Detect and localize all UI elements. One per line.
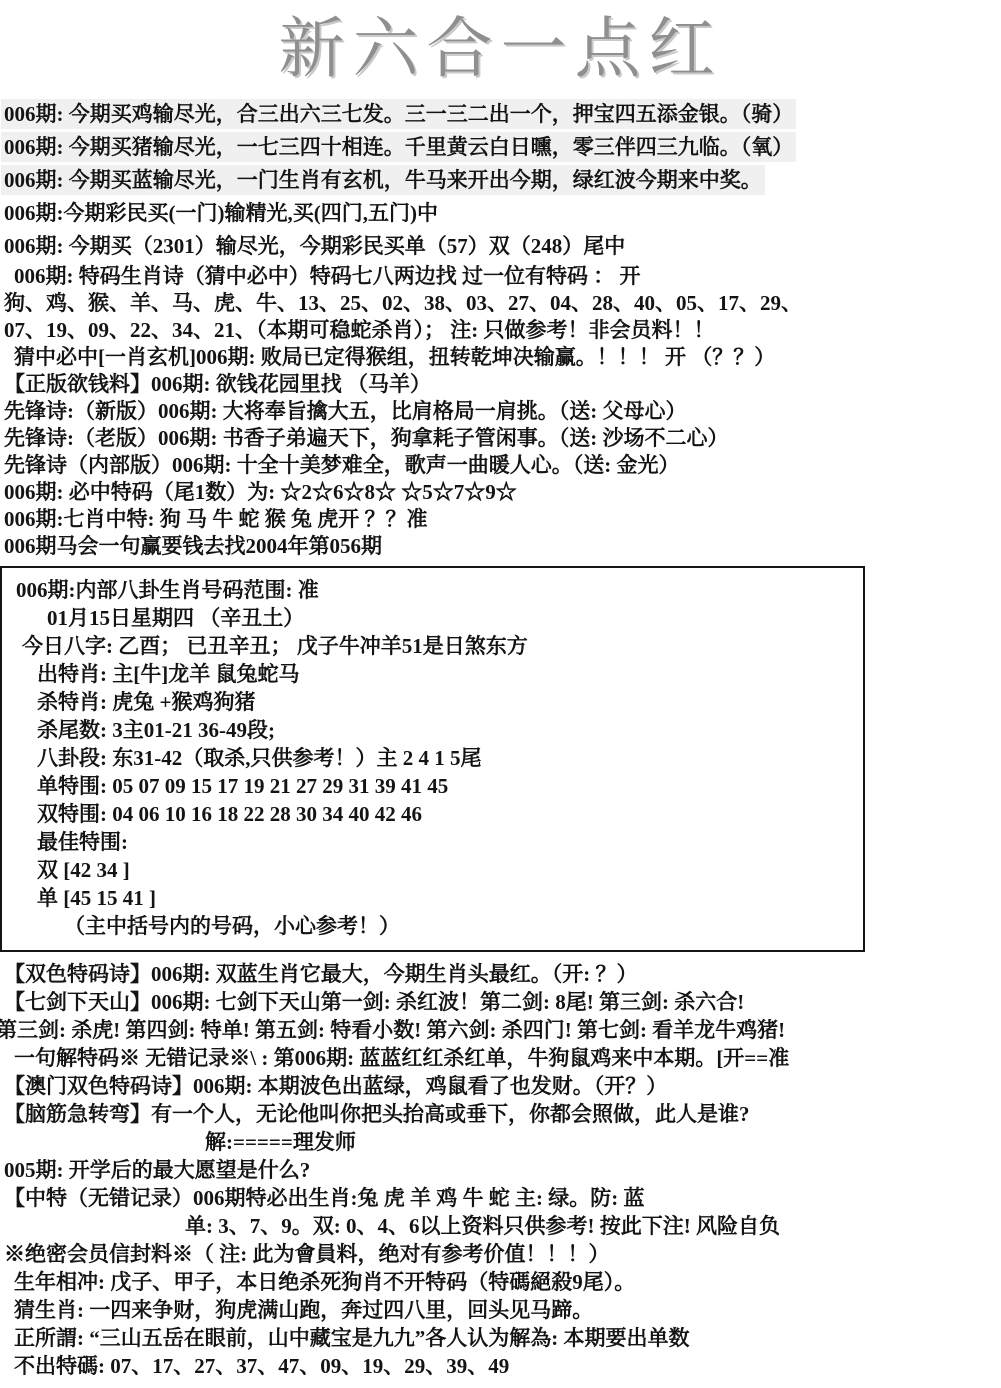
verse-line: 006期:今期彩民买(一门)输精光,买(四门,五门)中 [0,197,1001,230]
box-line: 杀特肖: 虎兔 +猴鸡狗猪 [2,688,863,716]
verse-section: 006期: 今期买鸡输尽光，合三出六三七发。三一三二出一个，押宝四五添金银。（骑… [0,98,1001,263]
tip-sheet-page: 新六合一点红 006期: 今期买鸡输尽光，合三出六三七发。三一三二出一个，押宝四… [0,0,1001,1380]
page-title-text: 新六合一点红 [279,13,723,86]
bottom-line: 单: 3、7、9。双: 0、4、6以上资料只供参考! 按此下注! 风险自负 [0,1212,1001,1240]
tip-line: 【正版欲钱料】006期: 欲钱花园里找 （马羊） [0,371,1001,398]
box-line: 单 [45 15 41 ] [2,884,863,912]
tip-line: 006期: 必中特码（尾1数）为: ☆2☆6☆8☆ ☆5☆7☆9☆ [0,479,1001,506]
tip-line: 006期马会一句赢要钱去找2004年第056期 [0,533,1001,560]
box-line: 01月15日星期四 （辛丑土） [2,604,863,632]
box-line: 出特肖: 主[牛]龙羊 鼠兔蛇马 [2,660,863,688]
box-line: 最佳特围: [2,828,863,856]
bagua-info-box: 006期:内部八卦生肖号码范围: 准 01月15日星期四 （辛丑土） 今日八字:… [0,566,865,952]
zodiac-tips-section: 006期: 特码生肖诗（猜中必中）特码七八两边找 过一位有特码 ： 开 狗、鸡、… [0,263,1001,560]
bottom-line: ※绝密会员信封料※（ 注: 此为會員料，绝对有参考价值！！！） [0,1240,1001,1268]
box-line: （主中括号内的号码，小心参考！） [2,912,863,940]
box-line: 双 [42 34 ] [2,856,863,884]
box-line: 今日八字: 乙酉； 已丑辛丑； 戊子牛冲羊51是日煞东方 [2,632,863,660]
tip-line: 006期:七肖中特: 狗 马 牛 蛇 猴 兔 虎开 ？？准 [0,506,1001,533]
bottom-line: 第三剑: 杀虎! 第四剑: 特单! 第五剑: 特看小数! 第六剑: 杀四门! 第… [0,1016,1001,1044]
tip-line: 006期: 特码生肖诗（猜中必中）特码七八两边找 过一位有特码 ： 开 [0,263,1001,290]
box-line: 杀尾数: 3主01-21 36-49段; [2,716,863,744]
bottom-line: 不出特碼: 07、17、27、37、47、09、19、29、39、49 [0,1352,1001,1380]
box-line: 006期:内部八卦生肖号码范围: 准 [2,576,863,604]
box-line: 八卦段: 东31-42（取杀,只供参考！）主 2 4 1 5尾 [2,744,863,772]
bottom-line: 一句解特码※ 无错记录※\ : 第006期: 蓝蓝红红杀红单，牛狗鼠鸡来中本期。… [0,1044,1001,1072]
bottom-section: 【双色特码诗】006期: 双蓝生肖它最大，今期生肖头最红。（开: ？） 【七剑下… [0,960,1001,1380]
verse-line: 006期: 今期买鸡输尽光，合三出六三七发。三一三二出一个，押宝四五添金银。（骑… [0,98,1001,131]
box-line: 单特围: 05 07 09 15 17 19 21 27 29 31 39 41… [2,772,863,800]
riddle-answer-line: 解:=====理发师 [0,1128,1001,1156]
box-line: 双特围: 04 06 10 16 18 22 28 30 34 40 42 46 [2,800,863,828]
tip-line: 猜中必中[一肖玄机]006期: 败局已定得猴组，扭转乾坤决输赢。！！！ 开 （？… [0,344,1001,371]
riddle-line: 【脑筋急转弯】有一个人，无论他叫你把头抬高或垂下，你都会照做，此人是谁? [0,1100,1001,1128]
pioneer-poem-line: 先锋诗:（新版）006期: 大将奉旨擒大五，比肩格局一肩挑。（送: 父母心） [0,398,1001,425]
bottom-line: 【双色特码诗】006期: 双蓝生肖它最大，今期生肖头最红。（开: ？） [0,960,1001,988]
bottom-line: 【七剑下天山】006期: 七剑下天山第一剑: 杀红波！第二剑: 8尾! 第三剑:… [0,988,1001,1016]
verse-line: 006期: 今期买蓝输尽光，一门生肖有玄机，牛马来开出今期，绿红波今期来中奖。 [0,164,1001,197]
tip-line: 07、19、09、22、34、21、（本期可稳蛇杀肖）； 注: 只做参考！非会员… [0,317,1001,344]
pioneer-poem-line: 先锋诗:（老版）006期: 书香子弟遍天下，狗拿耗子管闲事。（送: 沙场不二心） [0,425,1001,452]
riddle-line: 005期: 开学后的最大愿望是什么? [0,1156,1001,1184]
bottom-line: 【中特（无错记录）006期特必出生肖:兔 虎 羊 鸡 牛 蛇 主: 绿。防: 蓝 [0,1184,1001,1212]
pioneer-poem-line: 先锋诗（内部版）006期: 十全十美梦难全，歌声一曲暖人心。（送: 金光） [0,452,1001,479]
bottom-line: 生年相冲: 戊子、甲子，本日绝杀死狗肖不开特码（特碼絕殺9尾）。 [0,1268,1001,1296]
tip-line: 狗、鸡、猴、羊、马、虎、牛、13、25、02、38、03、27、04、28、40… [0,290,1001,317]
bottom-line: 猜生肖: 一四来争财，狗虎满山跑，奔过四八里，回头见马蹄。 [0,1296,1001,1324]
verse-line: 006期: 今期买（2301）输尽光，今期彩民买单（57）双（248）尾中 [0,230,1001,263]
bottom-line: 正所謂: “三山五岳在眼前，山中藏宝是九九”各人认为解為: 本期要出单数 [0,1324,1001,1352]
bottom-line: 【澳门双色特码诗】006期: 本期波色出蓝绿，鸡鼠看了也发财。（开？） [0,1072,1001,1100]
verse-line: 006期: 今期买猪输尽光，一七三四十相连。千里黄云白日曛，零三伴四三九临。（氧… [0,131,1001,164]
page-title: 新六合一点红 [0,6,1001,98]
